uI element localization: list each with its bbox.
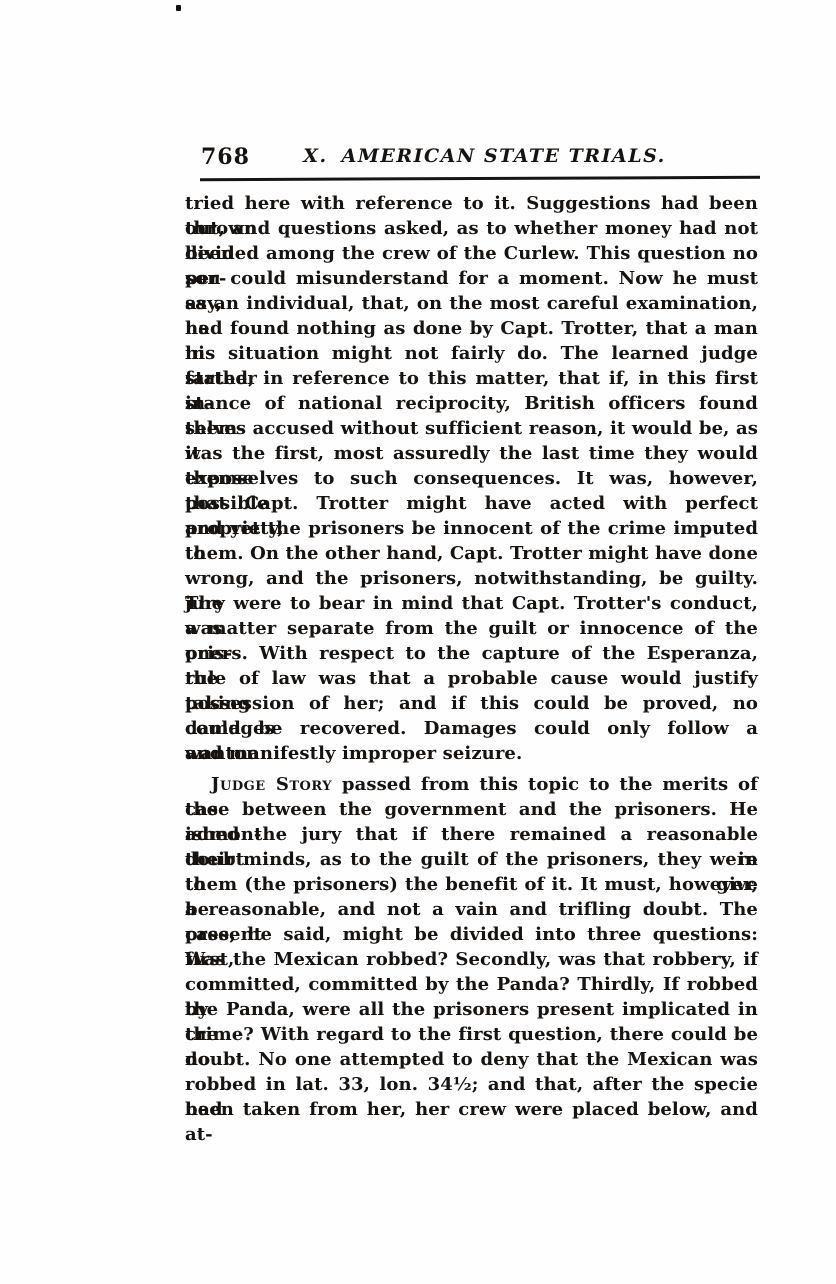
text-line: oners. With respect to the capture of th…: [185, 641, 758, 666]
text-line: and yet the prisoners be innocent of the…: [185, 516, 758, 541]
text-line: jury were to bear in mind that Capt. Tro…: [185, 591, 758, 616]
section-number: X.: [303, 145, 327, 167]
text-line: case, he said, might be divided into thr…: [185, 922, 758, 947]
text-line: themselves to such consequences. It was,…: [185, 466, 758, 491]
running-title: X.AMERICAN STATE TRIALS.: [185, 145, 758, 167]
text-line: had found nothing as done by Capt. Trott…: [185, 316, 758, 341]
text-line: as an individual, that, on the most care…: [185, 291, 758, 316]
paragraph: Judge Story passed from this topic to th…: [185, 772, 758, 1122]
text-line: stance of national reciprocity, British …: [185, 391, 758, 416]
text-line: Judge Story passed from this topic to th…: [185, 772, 758, 797]
speaker-name: Judge Story: [211, 774, 332, 795]
text-line: a matter separate from the guilt or inno…: [185, 616, 758, 641]
text-line: son could misunderstand for a moment. No…: [185, 266, 758, 291]
text-line: ished the jury that if there remained a …: [185, 822, 758, 847]
header-rule: [200, 176, 760, 181]
text-line: divided among the crew of the Curlew. Th…: [185, 241, 758, 266]
text-line: Was the Mexican robbed? Secondly, was th…: [185, 947, 758, 972]
text-line: the Panda, were all the prisoners presen…: [185, 997, 758, 1022]
text-line: possession of her; and if this could be …: [185, 691, 758, 716]
text-line: selves accused without sufficient reason…: [185, 416, 758, 441]
text-line: doubt. No one attempted to deny that the…: [185, 1047, 758, 1072]
text-line: them. On the other hand, Capt. Trotter m…: [185, 541, 758, 566]
running-title-text: AMERICAN STATE TRIALS.: [342, 145, 666, 167]
text-line: tried here with reference to it. Suggest…: [185, 191, 758, 216]
text-line: a reasonable, and not a vain and triflin…: [185, 897, 758, 922]
text-line: wrong, and the prisoners, notwithstandin…: [185, 566, 758, 591]
text-line: robbed in lat. 33, lon. 34½; and that, a…: [185, 1072, 758, 1097]
text-line: been taken from her, her crew were place…: [185, 1097, 758, 1122]
text-line: his situation might not fairly do. The l…: [185, 341, 758, 366]
text-line: their minds, as to the guilt of the pris…: [185, 847, 758, 872]
text-line: rule of law was that a probable cause wo…: [185, 666, 758, 691]
scan-artifact-dot: [176, 5, 181, 11]
page-body: tried here with reference to it. Suggest…: [185, 191, 758, 1122]
text-line: committed, committed by the Panda? Third…: [185, 972, 758, 997]
paragraph: tried here with reference to it. Suggest…: [185, 191, 758, 766]
scanned-book-page: 768 X.AMERICAN STATE TRIALS. tried here …: [0, 0, 836, 1284]
text-line: out, and questions asked, as to whether …: [185, 216, 758, 241]
text-line: and manifestly improper seizure.: [185, 741, 758, 766]
text-line: them (the prisoners) the benefit of it. …: [185, 872, 758, 897]
text-line: could be recovered. Damages could only f…: [185, 716, 758, 741]
text-line: was the first, most assuredly the last t…: [185, 441, 758, 466]
text-line: case between the government and the pris…: [185, 797, 758, 822]
text-line: stated, in reference to this matter, tha…: [185, 366, 758, 391]
page-header: 768 X.AMERICAN STATE TRIALS.: [185, 142, 758, 176]
text-line: that Capt. Trotter might have acted with…: [185, 491, 758, 516]
text-line: crime? With regard to the first question…: [185, 1022, 758, 1047]
text-column: 768 X.AMERICAN STATE TRIALS. tried here …: [185, 142, 758, 176]
